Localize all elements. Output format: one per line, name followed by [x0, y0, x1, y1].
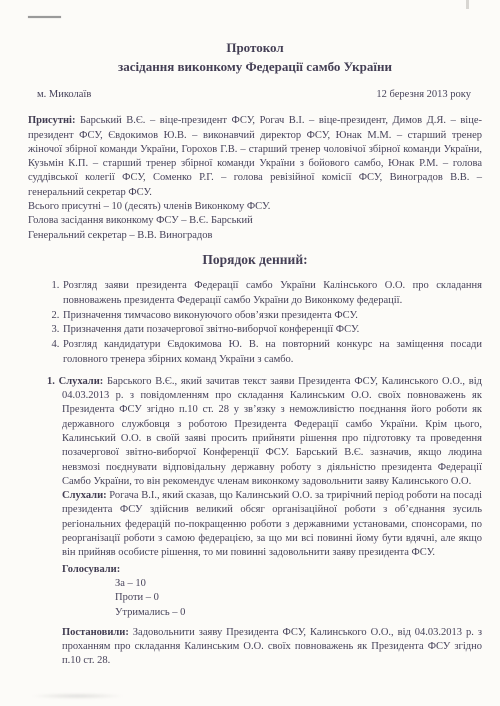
page-subtitle: засідання виконкому Федерації самбо Укра…: [28, 60, 482, 74]
heard-1-text: Барського В.Є., який зачитав текст заяви…: [62, 376, 482, 487]
agenda-heading: Порядок денний:: [28, 252, 482, 267]
agenda-item: Розгляд кандидатури Євдокимова Ю. В. на …: [62, 338, 482, 368]
agenda-item: Призначення дати позачергової звітно-виб…: [62, 323, 482, 338]
voted-heading: Голосували:: [62, 563, 482, 577]
date-label: 12 березня 2013 року: [376, 88, 471, 102]
heard-paragraph-2: Слухали: Рогача В.І., який сказав, що Ка…: [62, 489, 482, 560]
secretary-line: Генеральний секретар – В.В. Виноградов: [28, 229, 482, 243]
scan-dash-mark: [28, 16, 61, 18]
heard-2-text: Рогача В.І., який сказав, що Калинський …: [62, 490, 482, 558]
attendees-paragraph: Присутні: Барський В.Є. – віце-президент…: [28, 114, 482, 200]
resolution-label: Постановили:: [62, 627, 129, 638]
agenda-item: Призначення тимчасово виконуючого обов’я…: [62, 309, 482, 324]
vote-against: Проти – 0: [115, 591, 482, 605]
heard-paragraph-1: 1. Слухали: Барського В.Є., який зачитав…: [62, 375, 482, 489]
vote-for: За – 10: [115, 577, 482, 591]
vote-abstained: Утримались – 0: [115, 606, 482, 620]
heard-1-label: 1. Слухали:: [47, 376, 103, 387]
vote-results: За – 10 Проти – 0 Утримались – 0: [115, 577, 482, 620]
attendees-label: Присутні:: [28, 115, 75, 126]
place-date-row: м. Миколаїв 12 березня 2013 року: [28, 88, 482, 102]
attendees-text: Барський В.Є. – віце-президент ФСУ, Рога…: [28, 115, 482, 197]
scan-smudge: [30, 693, 125, 699]
agenda-list: Розгляд заяви президента Федерації самбо…: [28, 279, 482, 368]
agenda-item: Розгляд заяви президента Федерації самбо…: [62, 279, 482, 309]
chair-line: Голова засідання виконкому ФСУ – В.Є. Ба…: [28, 214, 482, 228]
resolution-paragraph: Постановили: Задовольнити заяву Президен…: [62, 626, 482, 669]
place-label: м. Миколаїв: [37, 88, 91, 102]
document-page: Протокол засідання виконкому Федерації с…: [0, 0, 500, 706]
attendees-total-line: Всього присутні – 10 (десять) членів Вик…: [28, 200, 482, 214]
heard-2-label: Слухали:: [62, 490, 107, 501]
page-title: Протокол: [28, 41, 482, 55]
scan-corner-mark: [466, 0, 469, 9]
